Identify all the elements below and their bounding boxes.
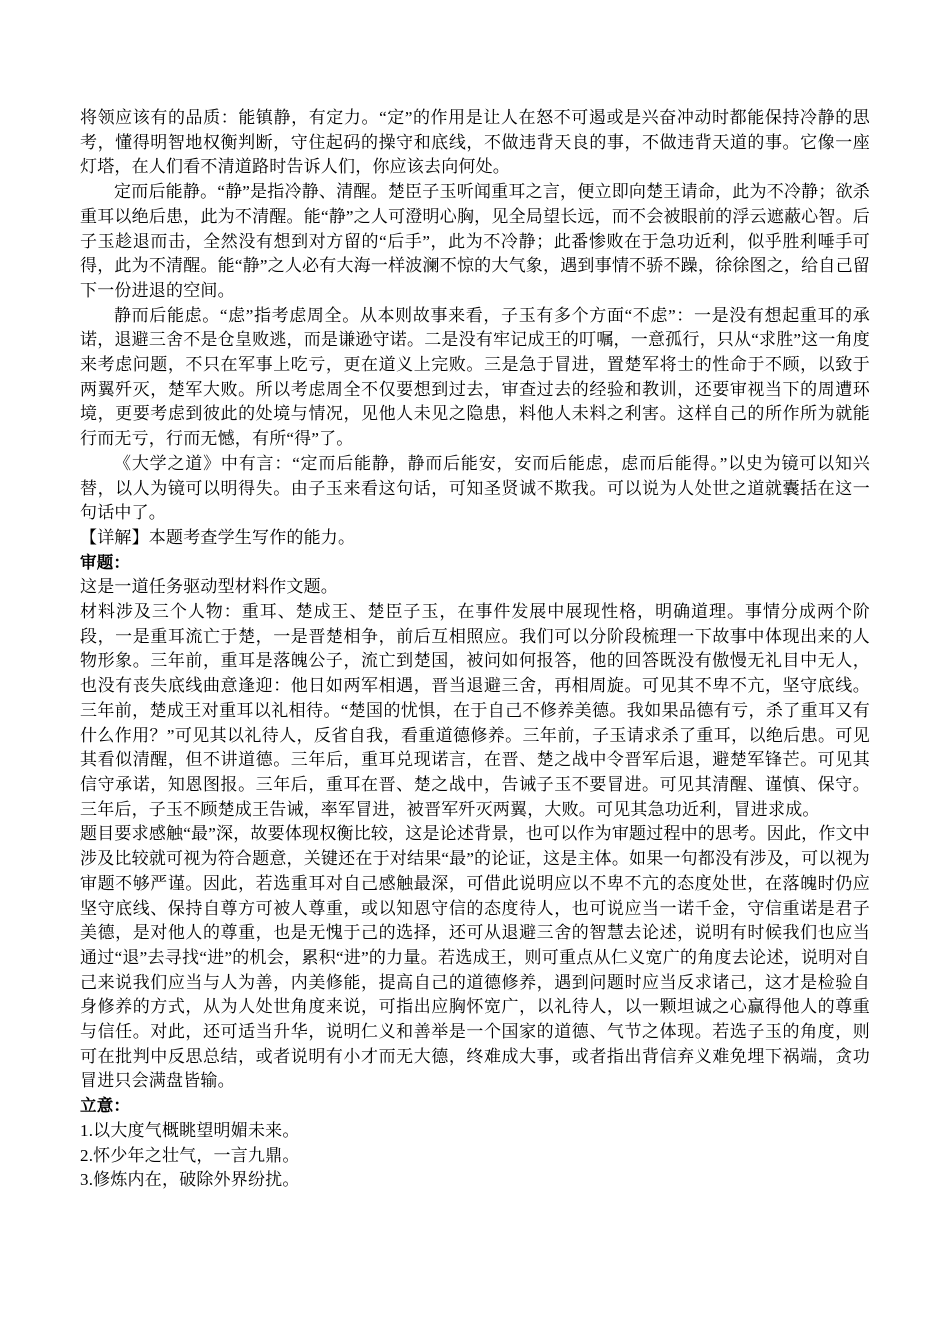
paragraph: 材料涉及三个人物：重耳、楚成王、楚臣子玉，在事件发展中展现性格，明确道理。事情分…	[80, 600, 870, 822]
paragraph: 静而后能虑。“虑”指考虑周全。从本则故事来看，子玉有多个方面“不虑”：一是没有想…	[80, 304, 870, 452]
document-page: 将领应该有的品质：能镇静，有定力。“定”的作用是让人在怒不可遏或是兴奋冲动时都能…	[0, 0, 950, 1344]
paragraph: 定而后能静。“静”是指冷静、清醒。楚臣子玉听闻重耳之言，便立即向楚王请命，此为不…	[80, 180, 870, 304]
paragraph: 将领应该有的品质：能镇静，有定力。“定”的作用是让人在怒不可遏或是兴奋冲动时都能…	[80, 106, 870, 180]
section-heading: 审题：	[80, 551, 870, 576]
paragraph: 2.怀少年之壮气，一言九鼎。	[80, 1144, 870, 1169]
paragraph: 3.修炼内在，破除外界纷扰。	[80, 1168, 870, 1193]
paragraph: 【详解】本题考查学生写作的能力。	[80, 526, 870, 551]
paragraph: 《大学之道》中有言：“定而后能静，静而后能安，安而后能虑，虑而后能得。”以史为镜…	[80, 452, 870, 526]
paragraph: 题目要求感触“最”深，故要体现权衡比较，这是论述背景，也可以作为审题过程中的思考…	[80, 822, 870, 1094]
document-body: 将领应该有的品质：能镇静，有定力。“定”的作用是让人在怒不可遏或是兴奋冲动时都能…	[80, 106, 870, 1193]
paragraph: 1.以大度气概眺望明媚未来。	[80, 1119, 870, 1144]
paragraph: 这是一道任务驱动型材料作文题。	[80, 575, 870, 600]
section-heading: 立意：	[80, 1094, 870, 1119]
